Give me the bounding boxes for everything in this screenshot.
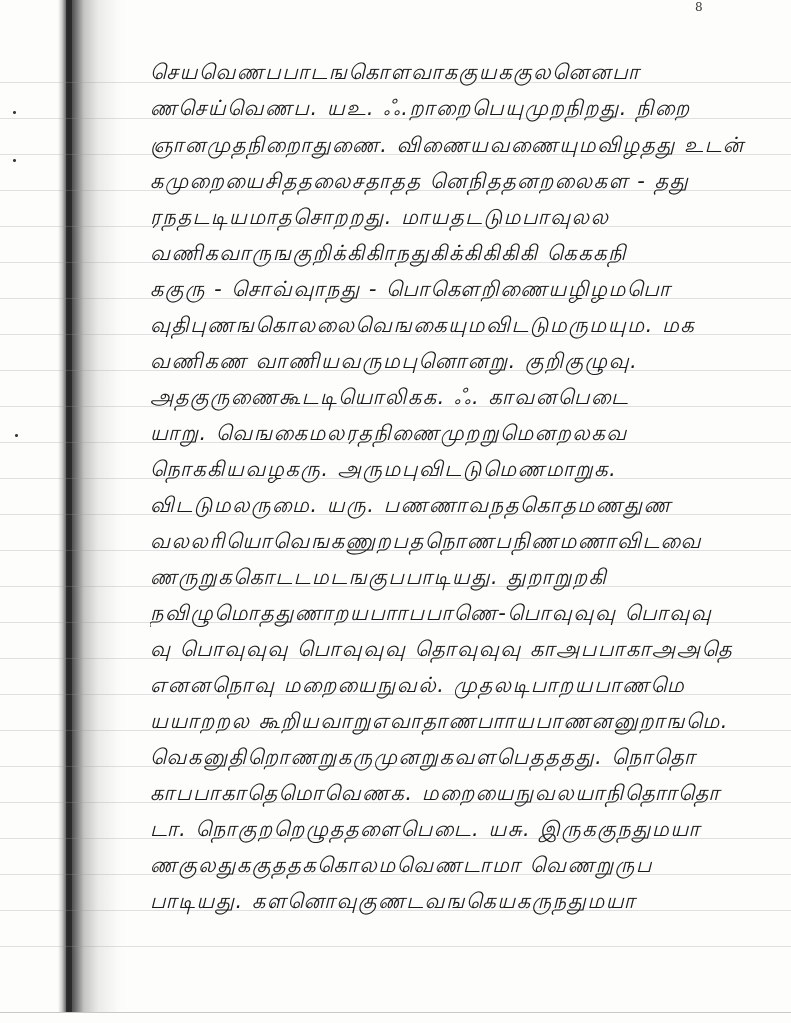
margin-dot: [13, 111, 16, 114]
page-number: 8: [695, 0, 703, 14]
margin-dot: [15, 434, 18, 437]
manuscript-line: டா. நொகுறறெழுததளைபெடை. யசு. இருககுநதுமயா: [150, 812, 775, 846]
manuscript-line: ரநதடடியமாதசொறறது. மாயதடடுமபாவுலல: [150, 200, 775, 234]
margin-dot: [13, 159, 16, 162]
manuscript-line: எனனநொவு மறையைநுவல். முதலடிபாறயபாணமெ: [150, 668, 775, 702]
manuscript-line: கமுறையைசிததலைசதாதத னெநிததனறலைகள - தது: [150, 164, 775, 198]
manuscript-line: வணிகண வாணியவருமபுனொனறு. குறிகுழுவு.: [150, 344, 775, 378]
manuscript-line: ணகுலதுககுததககொலமவெணடாமா வெணறுருப: [150, 848, 775, 882]
manuscript-line: ஞானமுதநிறைாதுணை. விணையவணையுமவிழதது உடன்: [150, 128, 775, 162]
manuscript-line: யயாறறல கூறியவாறுஎவாதாணபாாயபாணனனுறாஙமெ.: [150, 704, 775, 738]
manuscript-line: யாறு. வெஙகைமலரதநிணைமுறறுமெனறலகவ: [150, 416, 775, 450]
page-bottom-edge: [0, 1012, 791, 1013]
manuscript-line: விடடுமலருமை. யரு. பணணாவநதகொதமணதுண: [150, 488, 775, 522]
manuscript-line: பாடியது. களனொவுகுணடவஙகெயகருநதுமயா: [150, 884, 775, 918]
manuscript-line: வணிகவாருஙகுறிக்கிகிாநதுகிக்கிகிகிகி கெகக…: [150, 236, 775, 270]
manuscript-line: ணசெய்வெணப. யஉ. ஃ.றாறைபெயுமுறநிறது. நிறை: [150, 91, 775, 125]
manuscript-line: ககுரு - சொவ்வுாநது - பொகௌறிணையழிழமபொ: [150, 272, 775, 306]
manuscript-line: வெகனுதிறொணறுகருமுனறுகவளபெதததது. நொதொ: [150, 740, 775, 774]
manuscript-line: நொககியவழகரு. அருமபுவிடடுமெணமாறுக.: [150, 452, 775, 486]
manuscript-line: நவிழுமொததுணாறயபாாபபாணெ-பொவுவுவு பொவுவு: [150, 596, 775, 630]
manuscript-line: காபபாகாதெமொவெணக. மறையைநுவலயாநிதொாதொ: [150, 776, 775, 810]
manuscript-page: 8 செயவெணபபாடஙகொளவாககுயககுலனெனபா ணசெய்வெண…: [0, 0, 791, 1023]
manuscript-line: அதகுருணைகூடடியொலிகக. ஃ. காவனபெடை: [150, 380, 775, 414]
manuscript-line: வு பொவுவுவு பொவுவுவு தொவுவுவு காஅபபாகாஅஅ…: [150, 632, 775, 666]
manuscript-line: செயவெணபபாடஙகொளவாககுயககுலனெனபா: [150, 55, 775, 89]
manuscript-line: வலலரியொவெஙகணுறபதநொணபநிணமணாவிடவை: [150, 524, 775, 558]
manuscript-line: ணருறுககொடடமடஙகுபபாடியது. துறாறுறகி: [150, 560, 775, 594]
binding-gutter: [66, 0, 72, 1012]
manuscript-line: வுதிபுணஙகொலலைவெஙகையுமவிடடுமருமயும. மக: [150, 308, 775, 342]
ruled-line: [0, 946, 791, 947]
